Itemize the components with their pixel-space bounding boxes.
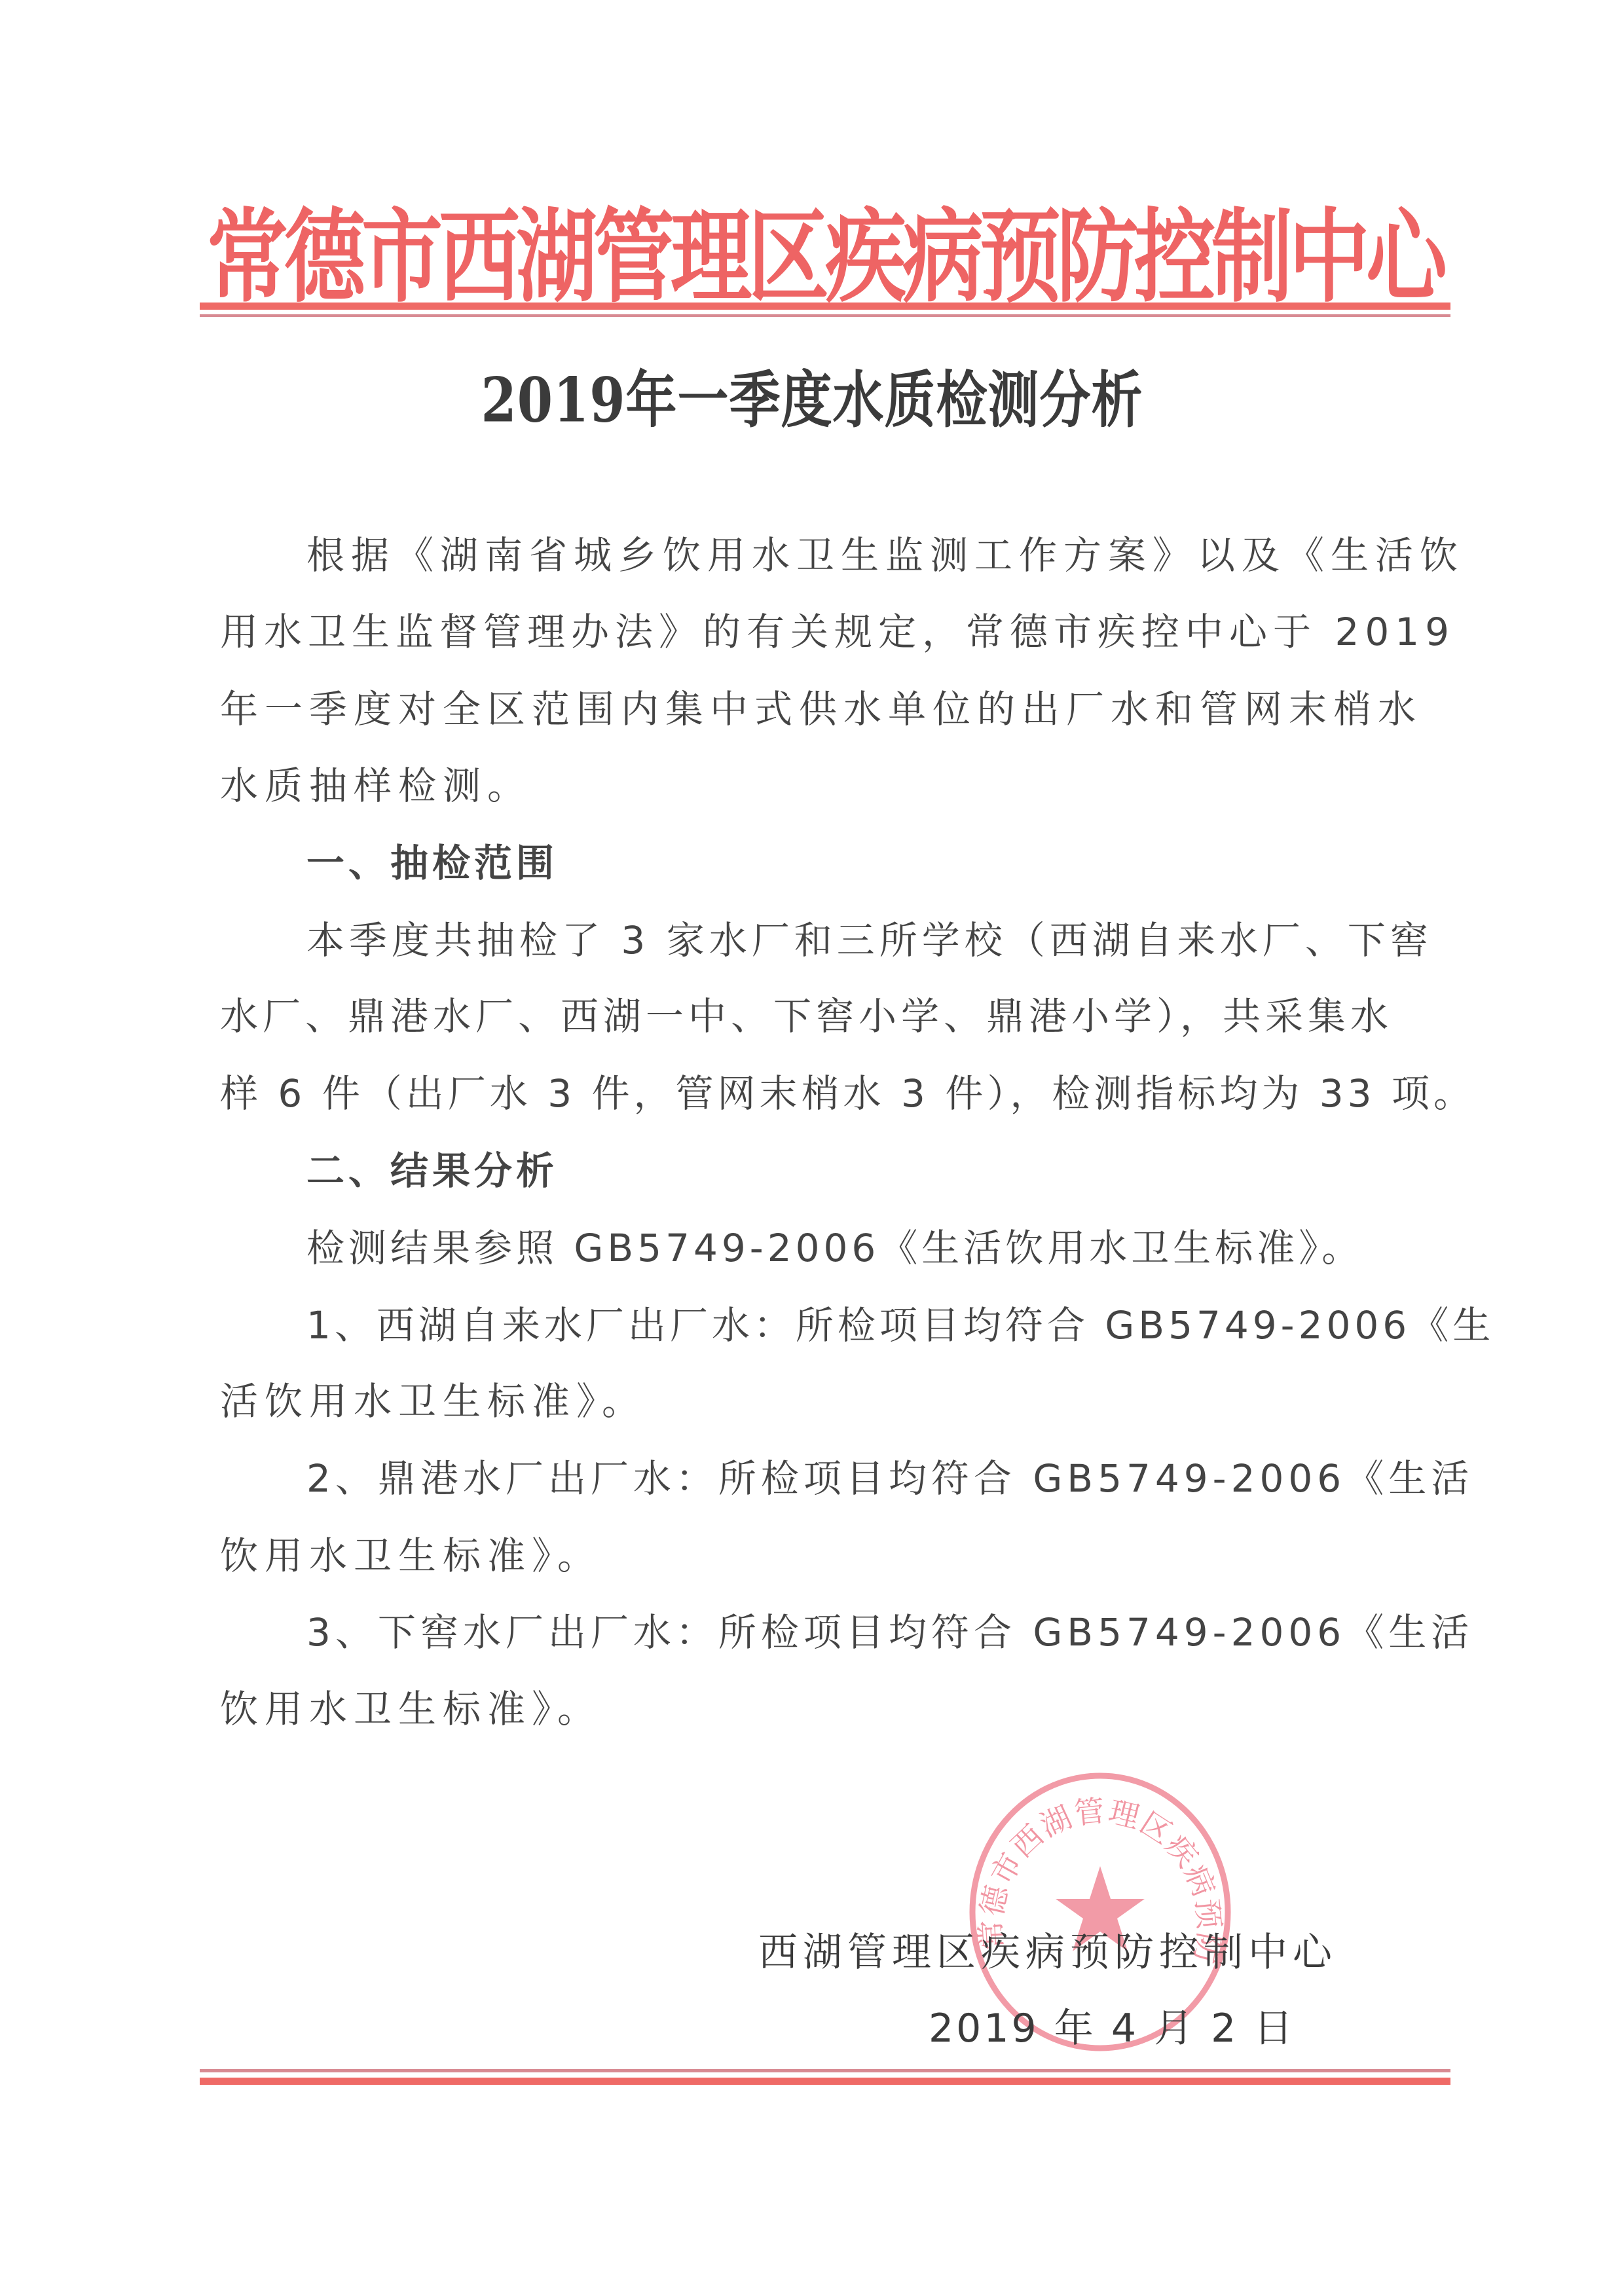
footer-rule-thin [200, 2069, 1450, 2072]
section1-line-2: 水厂、鼎港水厂、西湖一中、下窖小学、鼎港小学），共采集水 [220, 990, 1393, 1042]
section1-heading: 一、抽检范围 [306, 837, 558, 889]
section2-item1-line-1: 1、西湖自来水厂出厂水：所检项目均符合 GB5749-2006《生 [306, 1299, 1494, 1351]
section1-line-1: 本季度共抽检了 3 家水厂和三所学校（西湖自来水厂、下窖 [306, 914, 1433, 966]
section2-heading: 二、结果分析 [306, 1145, 558, 1197]
footer-rule-thick [200, 2078, 1450, 2085]
section2-item2-line-2: 饮用水卫生标准》。 [220, 1530, 602, 1582]
letterhead-org-name: 常德市西湖管理区疾病预防控制中心 [196, 180, 1454, 336]
header-rule-thick [200, 303, 1450, 310]
intro-line-2: 用水卫生监督管理办法》的有关规定，常德市疾控中心于 2019 [220, 606, 1455, 658]
section2-line-1: 检测结果参照 GB5749-2006《生活饮用水卫生标准》。 [306, 1222, 1363, 1274]
intro-line-3: 年一季度对全区范围内集中式供水单位的出厂水和管网末梢水 [220, 683, 1422, 735]
intro-line-1: 根据《湖南省城乡饮用水卫生监测工作方案》以及《生活饮 [306, 529, 1464, 581]
section1-line-3: 样 6 件（出厂水 3 件，管网末梢水 3 件），检测指标均为 33 项。 [220, 1067, 1475, 1120]
header-rule-thin [200, 314, 1450, 317]
section2-item1-line-2: 活饮用水卫生标准》。 [220, 1375, 646, 1427]
section2-item3-line-2: 饮用水卫生标准》。 [220, 1683, 602, 1735]
signature-org: 西湖管理区疾病预防控制中心 [758, 1926, 1337, 1979]
document-title: 2019年一季度水质检测分析 [0, 352, 1624, 439]
signature-date: 2019 年 4 月 2 日 [929, 2002, 1295, 2055]
section2-item2-line-1: 2、鼎港水厂出厂水：所检项目均符合 GB5749-2006《生活 [306, 1452, 1473, 1505]
intro-line-4: 水质抽样检测。 [220, 760, 532, 812]
section2-item3-line-1: 3、下窖水厂出厂水：所检项目均符合 GB5749-2006《生活 [306, 1606, 1473, 1659]
